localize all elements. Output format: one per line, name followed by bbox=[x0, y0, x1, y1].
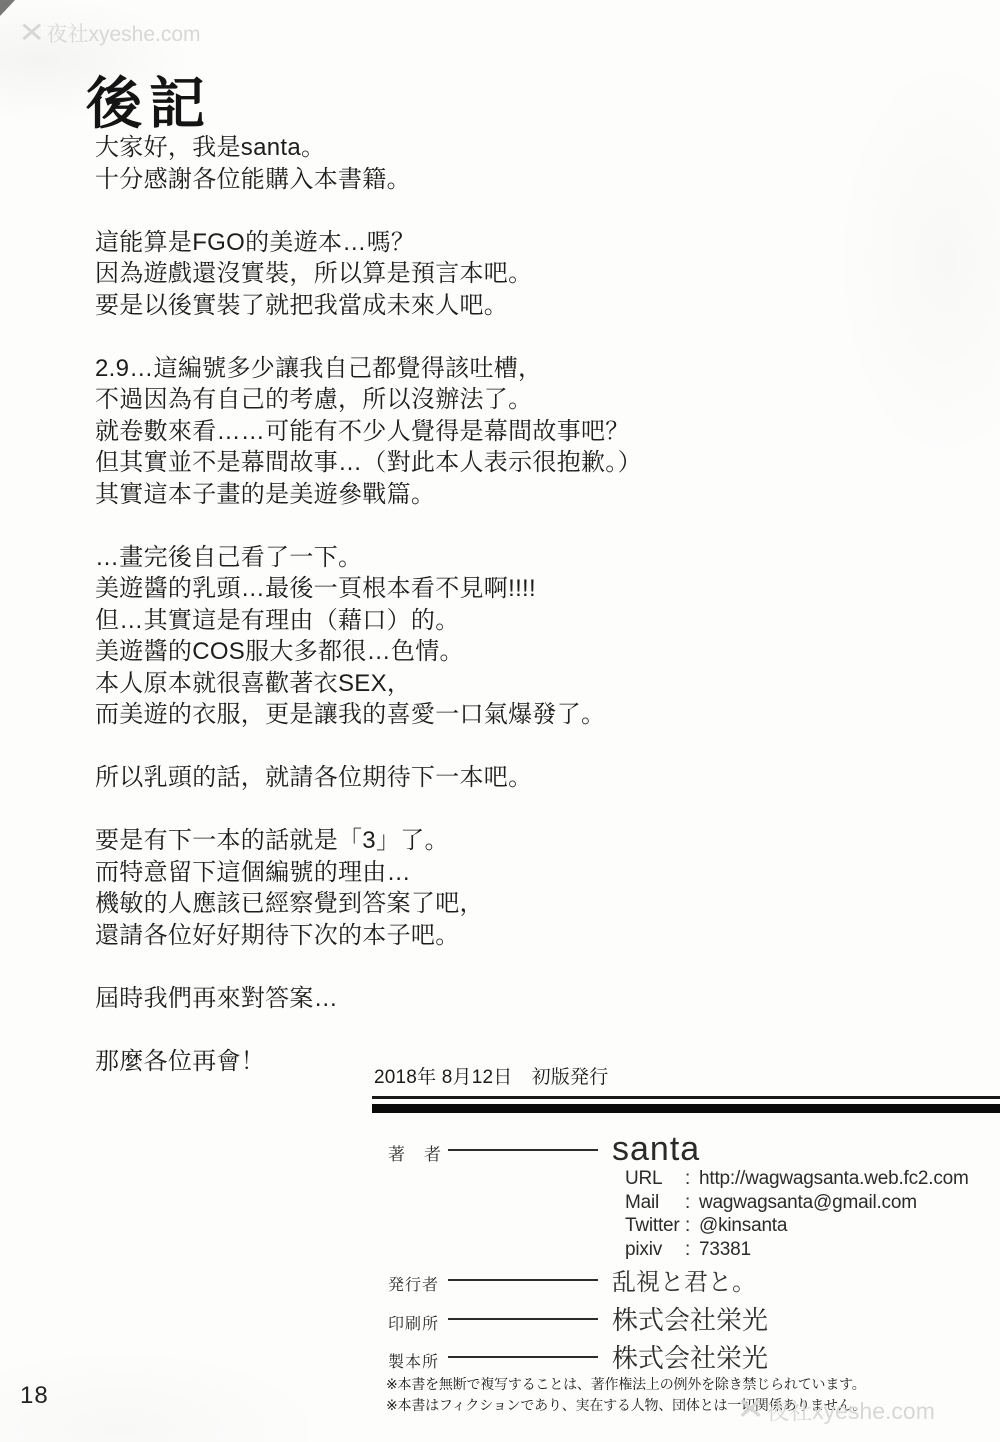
colophon-rule-thick bbox=[372, 1104, 1000, 1113]
contact-label: URL bbox=[625, 1167, 685, 1191]
watermark-top-left: ✕ 夜社xyeshe.com bbox=[20, 16, 201, 49]
contact-colon: : bbox=[685, 1167, 699, 1191]
scan-corner-artifact bbox=[0, 0, 15, 16]
body-line: 十分感謝各位能購入本書籍。 bbox=[95, 164, 755, 196]
body-line: 但其實並不是幕間故事…（對此本人表示很抱歉。） bbox=[95, 447, 755, 479]
publisher-row: 発行者 乱視と君と。 bbox=[388, 1262, 756, 1297]
contact-label: pixiv bbox=[625, 1238, 685, 1262]
binder-label: 製本所 bbox=[388, 1349, 446, 1372]
body-line: 但…其實這是有理由（藉口）的。 bbox=[95, 605, 755, 637]
printer-label: 印刷所 bbox=[388, 1311, 446, 1334]
printer-row: 印刷所 株式会社栄光 bbox=[388, 1300, 768, 1337]
page-number: 18 bbox=[20, 1382, 49, 1410]
body-line bbox=[95, 951, 755, 983]
body-line: 機敏的人應該已經察覺到答案了吧， bbox=[95, 888, 755, 920]
printer-name: 株式会社栄光 bbox=[612, 1300, 768, 1337]
colophon-rule-thin bbox=[372, 1096, 1000, 1099]
body-line: 因為遊戲還沒實裝，所以算是預言本吧。 bbox=[95, 258, 755, 290]
watermark-bottom-right: ✕ 夜社xyeshe.com bbox=[738, 1392, 935, 1427]
body-line: 2.9…這編號多少讓我自己都覺得該吐槽， bbox=[95, 353, 755, 385]
contact-label: Mail bbox=[625, 1191, 685, 1215]
body-line bbox=[95, 794, 755, 826]
author-row: 著 者 santa bbox=[388, 1130, 700, 1169]
contact-colon: : bbox=[685, 1191, 699, 1215]
body-line: 這能算是FGO的美遊本…嗎？ bbox=[95, 227, 755, 259]
contact-row: Twitter : @kinsanta bbox=[625, 1214, 969, 1238]
leader-line bbox=[448, 1356, 598, 1358]
body-line: 美遊醬的乳頭…最後一頁根本看不見啊!!!! bbox=[95, 573, 755, 605]
contact-label: Twitter bbox=[625, 1214, 685, 1238]
body-line: 就卷數來看……可能有不少人覺得是幕間故事吧？ bbox=[95, 416, 755, 448]
body-line: 不過因為有自己的考慮，所以沒辦法了。 bbox=[95, 384, 755, 416]
contact-value: 73381 bbox=[699, 1238, 751, 1262]
body-line: 本人原本就很喜歡著衣SEX， bbox=[95, 668, 755, 700]
xyeshe-logo-icon: ✕ bbox=[18, 16, 45, 49]
publication-date: 2018年 8月12日 初版発行 bbox=[374, 1062, 608, 1089]
binder-row: 製本所 株式会社栄光 bbox=[388, 1338, 768, 1375]
body-line: 還請各位好好期待下次的本子吧。 bbox=[95, 920, 755, 952]
body-line bbox=[95, 510, 755, 542]
contact-colon: : bbox=[685, 1238, 699, 1262]
contact-value: wagwagsanta@gmail.com bbox=[699, 1191, 917, 1215]
binder-name: 株式会社栄光 bbox=[612, 1338, 768, 1375]
afterword-body: 大家好，我是santa。 十分感謝各位能購入本書籍。 這能算是FGO的美遊本…嗎… bbox=[95, 132, 755, 1077]
watermark-text: 夜社xyeshe.com bbox=[766, 1393, 935, 1426]
leader-line bbox=[448, 1149, 598, 1151]
body-line: 而特意留下這個編號的理由… bbox=[95, 857, 755, 889]
author-name: santa bbox=[612, 1130, 700, 1169]
body-line: 所以乳頭的話，就請各位期待下一本吧。 bbox=[95, 762, 755, 794]
body-line bbox=[95, 195, 755, 227]
publisher-label: 発行者 bbox=[388, 1272, 446, 1295]
author-label: 著 者 bbox=[388, 1140, 446, 1165]
leader-line bbox=[448, 1318, 598, 1320]
body-line: 美遊醬的COS服大多都很…色情。 bbox=[95, 636, 755, 668]
body-line bbox=[95, 321, 755, 353]
body-line bbox=[95, 731, 755, 763]
contact-colon: : bbox=[685, 1214, 699, 1238]
body-line bbox=[95, 1014, 755, 1046]
xyeshe-logo-icon: ✕ bbox=[736, 1392, 765, 1427]
body-line: 其實這本子畫的是美遊參戰篇。 bbox=[95, 479, 755, 511]
afterword-page: ✕ 夜社xyeshe.com 後記 大家好，我是santa。 十分感謝各位能購入… bbox=[0, 0, 1000, 1442]
contact-row: pixiv : 73381 bbox=[625, 1238, 969, 1262]
contact-row: URL : http://wagwagsanta.web.fc2.com bbox=[625, 1167, 969, 1191]
leader-line bbox=[448, 1279, 598, 1281]
page-title: 後記 bbox=[86, 60, 212, 140]
body-line: 而美遊的衣服，更是讓我的喜愛一口氣爆發了。 bbox=[95, 699, 755, 731]
body-line: 大家好，我是santa。 bbox=[95, 132, 755, 164]
publisher-name: 乱視と君と。 bbox=[612, 1262, 756, 1297]
body-line: 要是有下一本的話就是「3」了。 bbox=[95, 825, 755, 857]
body-line: 要是以後實裝了就把我當成未來人吧。 bbox=[95, 290, 755, 322]
contact-row: Mail : wagwagsanta@gmail.com bbox=[625, 1191, 969, 1215]
body-line: 屆時我們再來對答案… bbox=[95, 983, 755, 1015]
watermark-text: 夜社xyeshe.com bbox=[46, 18, 200, 48]
body-line: …畫完後自己看了一下。 bbox=[95, 542, 755, 574]
contact-value: @kinsanta bbox=[699, 1214, 787, 1238]
author-contacts: URL : http://wagwagsanta.web.fc2.com Mai… bbox=[625, 1167, 969, 1261]
contact-value: http://wagwagsanta.web.fc2.com bbox=[699, 1167, 969, 1191]
